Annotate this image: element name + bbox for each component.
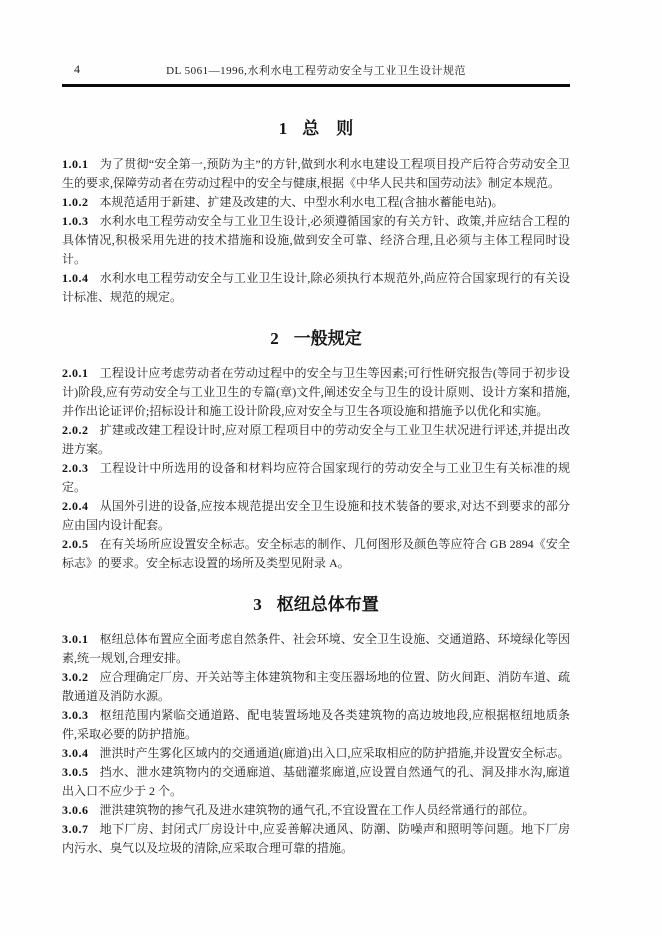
- clause-text: 挡水、泄水建筑物内的交通廊道、基础灌浆廊道,应设置自然通气的孔、洞及排水沟,廊道…: [62, 765, 570, 798]
- clause-number: 3.0.6: [62, 803, 89, 817]
- section-title: 一般规定: [294, 329, 362, 348]
- clause-paragraph: 3.0.2应合理确定厂房、开关站等主体建筑物和主变压器场地的位置、防火间距、消防…: [62, 668, 570, 706]
- clause-paragraph: 2.0.1工程设计应考虑劳动者在劳动过程中的安全与卫生等因素;可行性研究报告(等…: [62, 364, 570, 421]
- clause-paragraph: 3.0.6泄洪建筑物的掺气孔及进水建筑物的通气孔,不宜设置在工作人员经常通行的部…: [62, 801, 570, 820]
- clause-paragraph: 1.0.3水利水电工程劳动安全与工业卫生设计,必须遵循国家的有关方针、政策,并应…: [62, 212, 570, 269]
- clause-paragraph: 2.0.5在有关场所应设置安全标志。安全标志的制作、几何图形及颜色等应符合 GB…: [62, 535, 570, 573]
- clause-text: 工程设计中所选用的设备和材料均应符合国家现行的劳动安全与工业卫生有关标准的规定。: [62, 461, 570, 494]
- document-page: 4 DL 5061—1996,水利水电工程劳动安全与工业卫生设计规范 1总 则 …: [0, 0, 662, 936]
- clause-number: 2.0.4: [62, 499, 89, 513]
- clause-text: 泄洪建筑物的掺气孔及进水建筑物的通气孔,不宜设置在工作人员经常通行的部位。: [100, 803, 535, 817]
- clause-paragraph: 1.0.2本规范适用于新建、扩建及改建的大、中型水利水电工程(含抽水蓄能电站)。: [62, 193, 570, 212]
- clause-text: 扩建或改建工程设计时,应对原工程项目中的劳动安全与工业卫生状况进行评述,并提出改…: [62, 423, 570, 456]
- clause-paragraph: 2.0.2扩建或改建工程设计时,应对原工程项目中的劳动安全与工业卫生状况进行评述…: [62, 421, 570, 459]
- clause-number: 3.0.2: [62, 670, 89, 684]
- clause-text: 在有关场所应设置安全标志。安全标志的制作、几何图形及颜色等应符合 GB 2894…: [62, 537, 570, 570]
- clause-number: 2.0.3: [62, 461, 89, 475]
- clause-number: 1.0.2: [62, 195, 89, 209]
- clause-paragraph: 1.0.4水利水电工程劳动安全与工业卫生设计,除必须执行本规范外,尚应符合国家现…: [62, 269, 570, 307]
- section-number: 1: [279, 119, 288, 138]
- header-rule: [62, 84, 570, 87]
- page-number: 4: [74, 62, 80, 77]
- section-title: 枢纽总体布置: [277, 595, 379, 614]
- clause-number: 3.0.4: [62, 746, 89, 760]
- clause-text: 本规范适用于新建、扩建及改建的大、中型水利水电工程(含抽水蓄能电站)。: [100, 195, 504, 209]
- clause-number: 1.0.4: [62, 271, 89, 285]
- section-general-provisions: 2一般规定 2.0.1工程设计应考虑劳动者在劳动过程中的安全与卫生等因素;可行性…: [62, 324, 570, 573]
- section-general-principles: 1总 则 1.0.1为了贯彻“安全第一,预防为主”的方针,做到水利水电建设工程项…: [62, 114, 570, 307]
- clause-number: 3.0.5: [62, 765, 89, 779]
- running-title: DL 5061—1996,水利水电工程劳动安全与工业卫生设计规范: [62, 60, 570, 78]
- clause-text: 从国外引进的设备,应按本规范提出安全卫生设施和技术装备的要求,对达不到要求的部分…: [62, 499, 570, 532]
- section-number: 3: [253, 595, 262, 614]
- clause-text: 枢纽总体布置应全面考虑自然条件、社会环境、安全卫生设施、交通道路、环境绿化等因素…: [62, 632, 570, 665]
- clause-text: 水利水电工程劳动安全与工业卫生设计,必须遵循国家的有关方针、政策,并应结合工程的…: [62, 214, 570, 266]
- clause-text: 枢纽范围内紧临交通道路、配电装置场地及各类建筑物的高边坡地段,应根据枢纽地质条件…: [62, 708, 570, 741]
- clause-paragraph: 1.0.1为了贯彻“安全第一,预防为主”的方针,做到水利水电建设工程项目投产后符…: [62, 155, 570, 193]
- clause-text: 工程设计应考虑劳动者在劳动过程中的安全与卫生等因素;可行性研究报告(等同于初步设…: [62, 366, 570, 418]
- clause-number: 2.0.5: [62, 537, 89, 551]
- clause-paragraph: 2.0.4从国外引进的设备,应按本规范提出安全卫生设施和技术装备的要求,对达不到…: [62, 497, 570, 535]
- clause-text: 水利水电工程劳动安全与工业卫生设计,除必须执行本规范外,尚应符合国家现行的有关设…: [62, 271, 570, 304]
- clause-number: 3.0.3: [62, 708, 89, 722]
- section-title: 总 则: [302, 119, 353, 138]
- section-heading: 2一般规定: [62, 324, 570, 349]
- section-heading: 3枢纽总体布置: [62, 590, 570, 615]
- clause-paragraph: 3.0.3枢纽范围内紧临交通道路、配电装置场地及各类建筑物的高边坡地段,应根据枢…: [62, 706, 570, 744]
- section-number: 2: [270, 329, 279, 348]
- clause-number: 2.0.1: [62, 366, 89, 380]
- clause-text: 应合理确定厂房、开关站等主体建筑物和主变压器场地的位置、防火间距、消防车道、疏散…: [62, 670, 570, 703]
- clause-number: 1.0.3: [62, 214, 89, 228]
- page-header: 4 DL 5061—1996,水利水电工程劳动安全与工业卫生设计规范: [62, 60, 570, 80]
- clause-number: 3.0.7: [62, 822, 89, 836]
- clause-paragraph: 3.0.5挡水、泄水建筑物内的交通廊道、基础灌浆廊道,应设置自然通气的孔、洞及排…: [62, 763, 570, 801]
- clause-paragraph: 2.0.3工程设计中所选用的设备和材料均应符合国家现行的劳动安全与工业卫生有关标…: [62, 459, 570, 497]
- clause-number: 3.0.1: [62, 632, 89, 646]
- clause-paragraph: 3.0.7地下厂房、封闭式厂房设计中,应妥善解决通风、防潮、防噪声和照明等问题。…: [62, 820, 570, 858]
- clause-number: 1.0.1: [62, 157, 89, 171]
- clause-paragraph: 3.0.1枢纽总体布置应全面考虑自然条件、社会环境、安全卫生设施、交通道路、环境…: [62, 630, 570, 668]
- section-heading: 1总 则: [62, 114, 570, 139]
- clause-number: 2.0.2: [62, 423, 89, 437]
- page-content: 4 DL 5061—1996,水利水电工程劳动安全与工业卫生设计规范 1总 则 …: [62, 60, 570, 858]
- clause-text: 为了贯彻“安全第一,预防为主”的方针,做到水利水电建设工程项目投产后符合劳动安全…: [62, 157, 570, 190]
- clause-text: 地下厂房、封闭式厂房设计中,应妥善解决通风、防潮、防噪声和照明等问题。地下厂房内…: [62, 822, 570, 855]
- clause-paragraph: 3.0.4泄洪时产生雾化区域内的交通通道(廊道)出入口,应采取相应的防护措施,并…: [62, 744, 570, 763]
- clause-text: 泄洪时产生雾化区域内的交通通道(廊道)出入口,应采取相应的防护措施,并设置安全标…: [100, 746, 570, 760]
- section-hub-layout: 3枢纽总体布置 3.0.1枢纽总体布置应全面考虑自然条件、社会环境、安全卫生设施…: [62, 590, 570, 858]
